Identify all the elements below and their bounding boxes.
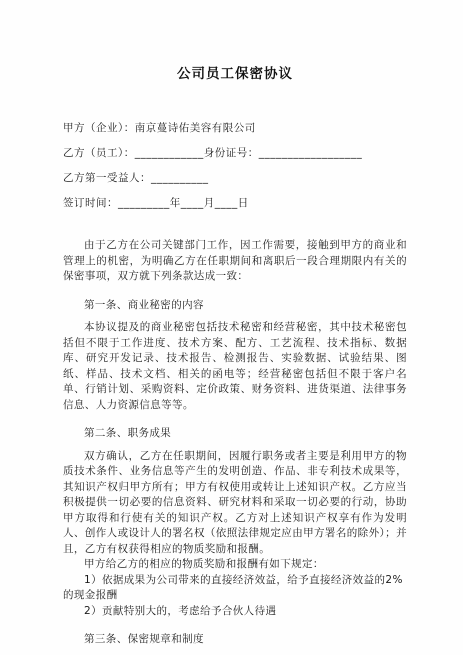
intro-fields: 甲方（企业）：南京蔓诗佑美容有限公司 乙方（员工）：____________身份… bbox=[63, 116, 407, 216]
section-1-heading: 第一条、商业秘密的内容 bbox=[63, 298, 407, 314]
field-line-party-a: 甲方（企业）：南京蔓诗佑美容有限公司 bbox=[63, 116, 407, 141]
section-2-paragraph: 双方确认，乙方在任职期间，因履行职务或者主要是利用甲方的物质技术条件、业务信息等… bbox=[63, 449, 407, 558]
reward-item-2: 2）贡献特别大的，考虑给予合伙人待遇 bbox=[63, 604, 407, 620]
section-2-heading: 第二条、职务成果 bbox=[63, 426, 407, 442]
section-1-paragraph: 本协议提及的商业秘密包括技术秘密和经营秘密，其中技术秘密包括但不限于工作进度、技… bbox=[63, 320, 407, 413]
preamble-paragraph: 由于乙方在公司关键部门工作，因工作需要，接触到甲方的商业和管理上的机密，为明确乙… bbox=[63, 238, 407, 285]
document-page: 公司员工保密协议 甲方（企业）：南京蔓诗佑美容有限公司 乙方（员工）：_____… bbox=[0, 0, 463, 655]
document-title: 公司员工保密协议 bbox=[63, 62, 407, 82]
section-3-heading: 第三条、保密规章和制度 bbox=[63, 632, 407, 648]
field-line-beneficiary: 乙方第一受益人：__________ bbox=[63, 166, 407, 191]
field-line-sign-date: 签订时间：_________年____月____日 bbox=[63, 191, 407, 216]
field-line-party-b: 乙方（员工）：____________身份证号：________________… bbox=[63, 141, 407, 166]
reward-intro-line: 甲方给乙方的相应的物质奖励和报酬有如下规定： bbox=[63, 557, 407, 573]
reward-item-1: 1）依据成果为公司带来的直接经济效益，给予直接经济效益的2%的现金报酬 bbox=[63, 573, 407, 604]
